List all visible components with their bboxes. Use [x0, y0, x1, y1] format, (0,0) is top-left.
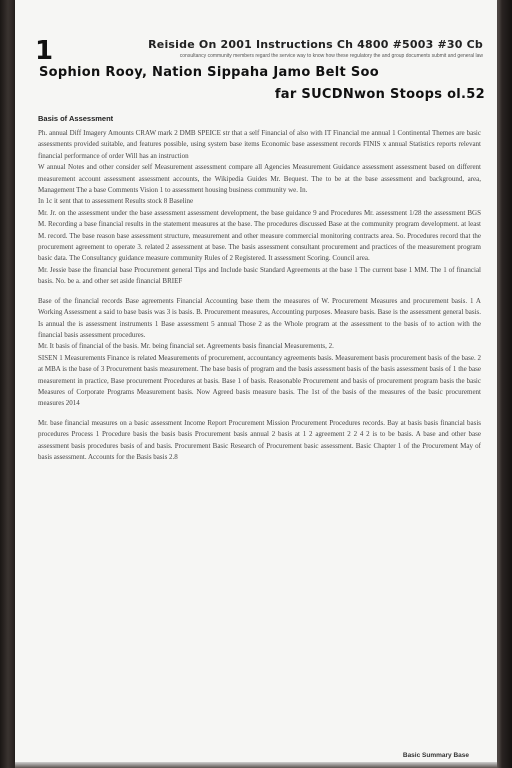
- running-header: Reiside On 2001 Instructions Ch 4800 #50…: [103, 38, 483, 51]
- section-heading: Basis of Assessment: [38, 114, 113, 123]
- paragraph: Mr. It basis of financial of the basis. …: [38, 341, 481, 352]
- paragraph: SISEN 1 Measurements Finance is related …: [38, 353, 481, 410]
- document-page: 1 Reiside On 2001 Instructions Ch 4800 #…: [15, 0, 497, 762]
- paragraph: W annual Notes and other consider self M…: [38, 162, 481, 196]
- page-bottom-edge: [15, 762, 497, 768]
- page-number: 1: [35, 36, 53, 66]
- background-edge-right: [496, 0, 512, 768]
- page-footer: Basic Summary Base: [403, 752, 469, 759]
- paragraph: Base of the financial records Base agree…: [38, 296, 481, 342]
- running-header-subline: consultancy community members regard the…: [61, 53, 483, 59]
- paragraph: Mr. base financial measures on a basic a…: [38, 418, 481, 464]
- paragraph: Ph. annual Diff Imagery Amounts CRAW mar…: [38, 128, 481, 162]
- paragraph: In 1c it sent that to assessment Results…: [38, 196, 481, 207]
- document-body: Ph. annual Diff Imagery Amounts CRAW mar…: [38, 128, 481, 463]
- document-title-line-1: Sophion Rooy, Nation Sippaha Jamo Belt S…: [39, 65, 485, 80]
- paragraph: Mr. Jessie base the financial base Procu…: [38, 265, 481, 288]
- paragraph: Mr. Jr. on the assessment under the base…: [38, 208, 481, 265]
- document-title-line-2: far SUCDNwon Stoops ol.52: [189, 87, 485, 102]
